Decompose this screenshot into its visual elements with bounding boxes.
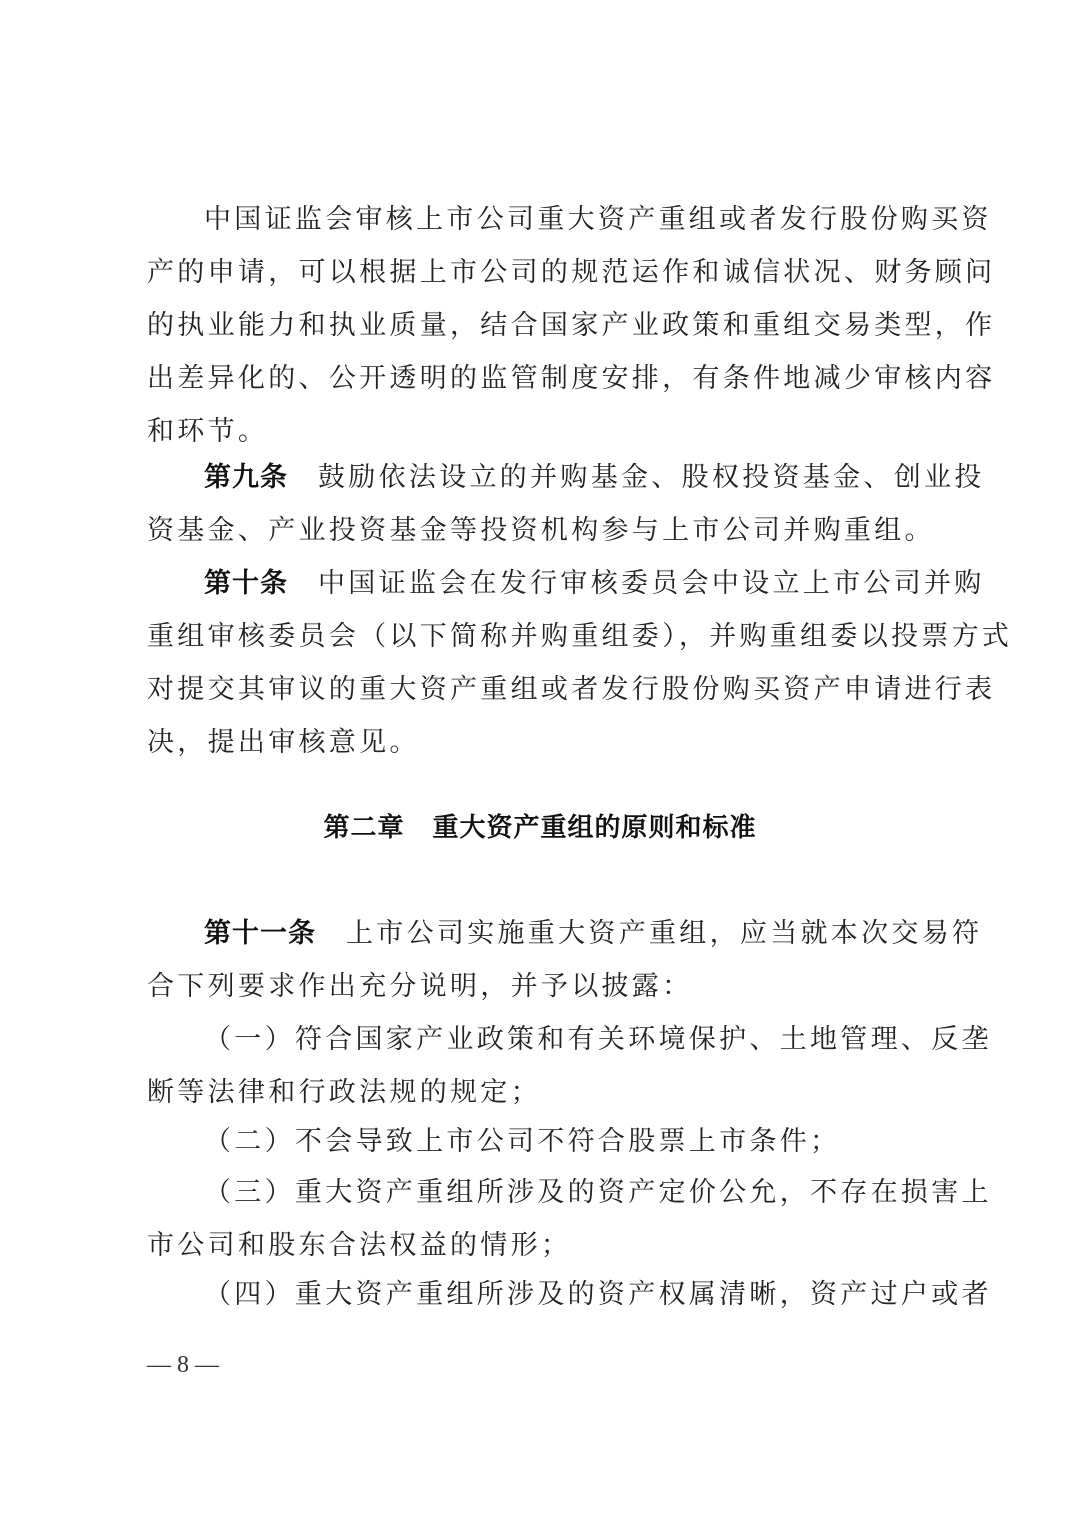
text-line: 第十一条上市公司实施重大资产重组，应当就本次交易符: [204, 914, 937, 954]
chapter-title: 重大资产重组的原则和标准: [433, 813, 757, 843]
document-page: 中国证监会审核上市公司重大资产重组或者发行股份购买资 产的申请，可以根据上市公司…: [0, 0, 1080, 1527]
article-text: 中国证监会在发行审核委员会中设立上市公司并购: [318, 568, 985, 599]
text-line: 中国证监会审核上市公司重大资产重组或者发行股份购买资: [204, 200, 937, 240]
text-line: 第十条中国证监会在发行审核委员会中设立上市公司并购: [204, 564, 937, 604]
text-line: 产的申请，可以根据上市公司的规范运作和诚信状况、财务顾问: [147, 253, 937, 293]
chapter-heading: 第二章重大资产重组的原则和标准: [0, 808, 1080, 848]
text-line: 的执业能力和执业质量，结合国家产业政策和重组交易类型，作: [147, 306, 937, 346]
text-line: 第九条鼓励依法设立的并购基金、股权投资基金、创业投: [204, 458, 937, 498]
chapter-number: 第二章: [323, 813, 404, 843]
text-line: 合下列要求作出充分说明，并予以披露：: [147, 967, 937, 1007]
text-line: 断等法律和行政法规的规定；: [147, 1073, 937, 1113]
article-text: 鼓励依法设立的并购基金、股权投资基金、创业投: [318, 462, 985, 493]
text-line: （四）重大资产重组所涉及的资产权属清晰，资产过户或者: [204, 1275, 937, 1315]
text-line: 市公司和股东合法权益的情形；: [147, 1226, 937, 1266]
text-line: 资基金、产业投资基金等投资机构参与上市公司并购重组。: [147, 511, 937, 551]
text-line: （一）符合国家产业政策和有关环境保护、土地管理、反垄: [204, 1020, 937, 1060]
text-line: 出差异化的、公开透明的监管制度安排，有条件地减少审核内容: [147, 359, 937, 399]
text-line: 决，提出审核意见。: [147, 723, 937, 763]
article-label: 第九条: [204, 462, 288, 493]
text-line: （二）不会导致上市公司不符合股票上市条件；: [204, 1122, 937, 1162]
text-line: （三）重大资产重组所涉及的资产定价公允，不存在损害上: [204, 1173, 937, 1213]
article-text: 上市公司实施重大资产重组，应当就本次交易符: [346, 918, 982, 949]
text-line: 和环节。: [147, 412, 937, 452]
article-label: 第十条: [204, 568, 288, 599]
text-line: 对提交其审议的重大资产重组或者发行股份购买资产申请进行表: [147, 670, 937, 710]
article-label: 第十一条: [204, 918, 316, 949]
text-line: 重组审核委员会（以下简称并购重组委），并购重组委以投票方式: [147, 617, 937, 657]
page-number: — 8 —: [147, 1350, 219, 1380]
